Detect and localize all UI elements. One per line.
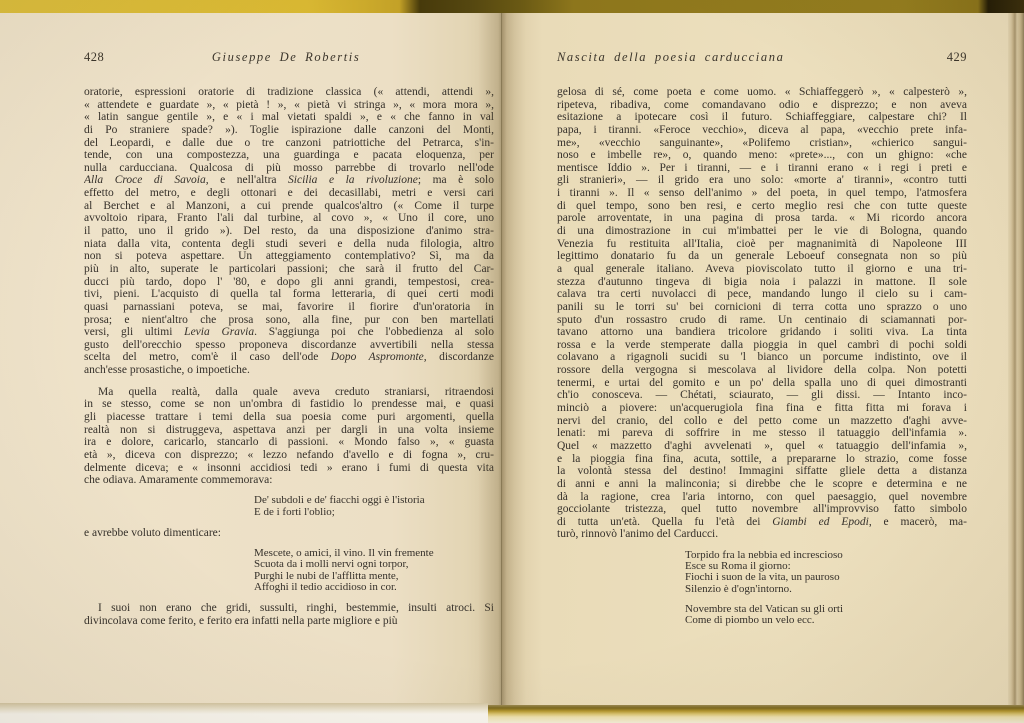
text-run: ripeteva, ribadiva, come comandavano odi… — [557, 99, 967, 111]
text-run: Venezia fu restituita all'Italia, cioè p… — [557, 238, 967, 250]
text-line: papa, i tiranni. «Feroce vecchio», dicev… — [557, 124, 967, 137]
text-run: gusto dell'orecchio spesso proponeva dis… — [84, 339, 494, 351]
text-line: al Berchet e al Manzoni, a cui prende qu… — [84, 200, 494, 213]
text-line: che odiava. Amaramente commemorava: — [84, 474, 494, 487]
text-run: Esce su Roma il giorno: — [685, 560, 791, 572]
text-run: lenati: mi pareva di soffrire in me stes… — [557, 427, 967, 439]
text-run: Novembre sta del Vatican su gli orti — [685, 603, 843, 615]
text-run: che odiava. Amaramente commemorava: — [84, 474, 272, 486]
book-cover-bottom-edge — [488, 705, 1024, 723]
prose-paragraph: gelosa di sé, come poeta e come uomo. « … — [557, 86, 967, 541]
text-line: di tutta un'età. Quella fu l'età dei Gia… — [557, 516, 967, 529]
text-line: non si poteva aspettare. Un atteggiament… — [84, 250, 494, 263]
text-run: Scuota da i molli nervi ogni torpor, — [254, 558, 408, 570]
text-line: rossa e la verde stemperate dalla pioggi… — [557, 339, 967, 352]
text-run: del Leopardi, e dalle due o tre canzoni … — [84, 137, 494, 149]
text-run: oratorie, espressioni oratorie di tradiz… — [84, 86, 494, 98]
text-line: tivi, pieni. L'acquisto di quella tal fo… — [84, 288, 494, 301]
text-line: tende, con una compostezza, una guarding… — [84, 149, 494, 162]
text-run: tende, con una compostezza, una guarding… — [84, 149, 494, 161]
text-run: parole arroventate, in una pagina di pro… — [557, 212, 967, 224]
text-line: mentisce Iddio ». Per i tiranni, — e i t… — [557, 162, 967, 175]
book-photo: 428 Giuseppe De Robertis oratorie, espre… — [0, 0, 1024, 723]
text-run: turò, rinnovò l'animo del Carducci. — [557, 528, 718, 540]
text-line: anch'esse prosastiche, o impoetiche. — [84, 364, 494, 377]
text-run: tavano attorno una bandiera tricolore gr… — [557, 326, 967, 338]
text-line: quasi parnassiani poteva, se mai, favori… — [84, 301, 494, 314]
text-run: ducci più tardo, dopo l' '80, e dopo gli… — [84, 276, 494, 288]
page-left: 428 Giuseppe De Robertis oratorie, espre… — [0, 13, 502, 707]
text-line: divincolava come ferito, e ferito era in… — [84, 615, 494, 628]
text-line: nervi del cranio, del collo e del petto … — [557, 415, 967, 428]
text-run: di tutta un'età. Quella fu l'età dei — [557, 516, 772, 528]
text-run: legittimo donatario fu da un generale Le… — [557, 250, 967, 262]
text-line: panili su le torri su' bei cornicioni di… — [557, 301, 967, 314]
text-line: niata dalla vita, contenta degli studi s… — [84, 238, 494, 251]
text-run: rossa e la verde stemperate dalla pioggi… — [557, 339, 967, 351]
text-run: scelta del metro, com'è il caso dell'ode — [84, 351, 331, 363]
text-line: ira e dolore, caricarlo, stancarlo di pa… — [84, 436, 494, 449]
text-line: e la pioggia fina fina, acuta, sottile, … — [557, 453, 967, 466]
page-body-right: gelosa di sé, come poeta e come uomo. « … — [557, 86, 967, 627]
text-run: De' subdoli e de' fiacchi oggi è l'istor… — [254, 494, 425, 506]
text-line: di Po straniere spade? »). Toglie ispira… — [84, 124, 494, 137]
verse-line: Silenzio è d'ogn'intorno. — [685, 584, 967, 595]
text-run: I suoi non erano che gridi, sussulti, ri… — [98, 602, 494, 614]
text-run: Torpido fra la nebbia ed increscioso — [685, 549, 843, 561]
book-cover-top-edge — [0, 0, 1024, 13]
text-line: gelosa di sé, come poeta e come uomo. « … — [557, 86, 967, 99]
prose-paragraph: I suoi non erano che gridi, sussulti, ri… — [84, 602, 494, 627]
page-left-content: 428 Giuseppe De Robertis oratorie, espre… — [0, 13, 494, 628]
text-run: sputo d'un rossastro crudo di rame. Un c… — [557, 314, 967, 326]
italic-text-run: Giambi ed Epodi — [772, 516, 869, 528]
text-run: la volontà stessa del destino! Immagini … — [557, 465, 967, 477]
text-line: prosa; e nient'altro che prosa sono, all… — [84, 314, 494, 327]
text-run: i tiranni ». Il « senso dell'animo » del… — [557, 187, 967, 199]
verse-line: Come di piombo un velo ecc. — [685, 615, 967, 626]
page-right-content: Nascita della poesia carducciana 429 gel… — [502, 13, 967, 627]
text-line: ch'io conosceva. — Chétati, sciaurato, —… — [557, 389, 967, 402]
text-line: noso e imbelle re», o, quando meno: «pre… — [557, 149, 967, 162]
text-run: Mescete, o amici, il vino. Il vin fremen… — [254, 547, 434, 559]
text-line: ripeteva, ribadiva, come comandavano odi… — [557, 99, 967, 112]
text-line: legittimo donatario fu da un generale Le… — [557, 250, 967, 263]
text-run: papa, i tiranni. «Feroce vecchio», dicev… — [557, 124, 967, 136]
text-line: I suoi non erano che gridi, sussulti, ri… — [84, 602, 494, 615]
text-line: tenermi, e urtai del gomito e un po' del… — [557, 377, 967, 390]
text-run: ira e dolore, caricarlo, stancarlo di pa… — [84, 436, 494, 448]
text-run: quasi parnassiani poteva, se mai, favori… — [84, 301, 494, 313]
verse-line: E de i forti l'oblio; — [254, 507, 494, 518]
prose-paragraph: e avrebbe voluto dimenticare: — [84, 527, 494, 540]
text-run: Quel « mazzetto d'aghi avvelenati », que… — [557, 440, 967, 452]
text-run: gelosa di sé, come poeta e come uomo. « … — [557, 86, 967, 98]
text-run: , e macerò, ma- — [869, 516, 967, 528]
page-left-header: 428 Giuseppe De Robertis — [84, 50, 494, 65]
text-run: « latin sangue gentile », e « i mal viet… — [84, 111, 494, 123]
text-run: panili su le torri su' bei cornicioni di… — [557, 301, 967, 313]
text-run: Come di piombo un velo ecc. — [685, 614, 815, 626]
text-line: rossore della vergogna si mescolava al l… — [557, 364, 967, 377]
page-edges-right — [1008, 13, 1024, 707]
text-run: Fiochi i suon de la vita, un pauroso — [685, 571, 840, 583]
text-run: effetto del metro, e degli ottonari e de… — [84, 187, 494, 199]
italic-text-run: Levia Gravia — [184, 326, 254, 338]
running-title-right: Nascita della poesia carducciana — [557, 50, 947, 65]
page-right: Nascita della poesia carducciana 429 gel… — [502, 13, 1008, 707]
text-run: calava tra certi nuvolacci di pece, mand… — [557, 288, 967, 300]
text-line: scelta del metro, com'è il caso dell'ode… — [84, 351, 494, 364]
text-line: me», «vecchio sanguinante», «Polifemo cr… — [557, 137, 967, 150]
text-run: esitazione a ipotecare così il futuro. S… — [557, 111, 967, 123]
text-run: età », diceva con disprezzo; « lezzo nef… — [84, 449, 494, 461]
text-run: tivi, pieni. L'acquisto di quella tal fo… — [84, 288, 494, 300]
text-run: in se stesso, come se non un'ombra di fa… — [84, 398, 494, 410]
text-line: e avrebbe voluto dimenticare: — [84, 527, 494, 540]
text-line: colavano a rigagnoli sucidi su 'l bianco… — [557, 351, 967, 364]
text-run: tenermi, e urtai del gomito e un po' del… — [557, 377, 967, 389]
text-run: ; ma è solo — [418, 174, 494, 186]
page-body-left: oratorie, espressioni oratorie di tradiz… — [84, 86, 494, 628]
text-run: divincolava come ferito, e ferito era in… — [84, 615, 398, 627]
text-run: e avrebbe voluto dimenticare: — [84, 527, 221, 539]
text-run: avvoltoio ripara, Franto l'ali dal turbi… — [84, 212, 494, 224]
text-line: di quel tempo, sono ben resi, e certo me… — [557, 200, 967, 213]
text-line: Venezia fu restituita all'Italia, cioè p… — [557, 238, 967, 251]
text-run: più in alto, superate le particolari pas… — [84, 263, 494, 275]
text-run: rossore della vergogna si mescolava al l… — [557, 364, 967, 376]
text-run: non si poteva aspettare. Un atteggiament… — [84, 250, 494, 262]
text-run: E de i forti l'oblio; — [254, 506, 335, 518]
italic-text-run: Alla Croce di Savoia, — [84, 174, 209, 186]
text-run: nervi del cranio, del collo e del petto … — [557, 415, 967, 427]
text-line: Alla Croce di Savoia, e nell'altra Sicil… — [84, 174, 494, 187]
page-number-left: 428 — [84, 50, 104, 65]
text-run: Silenzio è d'ogn'intorno. — [685, 583, 792, 595]
text-run: niata dalla vita, contenta degli studi s… — [84, 238, 494, 250]
text-line: turò, rinnovò l'animo del Carducci. — [557, 528, 967, 541]
text-line: delmente diceva; e « insonni accidiosi t… — [84, 462, 494, 475]
text-run: me», «vecchio sanguinante», «Polifemo cr… — [557, 137, 967, 149]
text-run: nulla carducciana. Qualcosa di più mosso… — [84, 162, 494, 174]
text-run: a qual generale italiano. Aveva piovisco… — [557, 263, 967, 275]
verse-block: De' subdoli e de' fiacchi oggi è l'istor… — [254, 495, 494, 518]
text-line: gli stranieri», — il grido era uno solo:… — [557, 174, 967, 187]
text-line: esitazione a ipotecare così il futuro. S… — [557, 111, 967, 124]
verse-block: Mescete, o amici, il vino. Il vin fremen… — [254, 548, 494, 594]
text-line: il patto, uno il grido »). Del resto, da… — [84, 225, 494, 238]
text-line: effetto del metro, e degli ottonari e de… — [84, 187, 494, 200]
text-line: nulla carducciana. Qualcosa di più mosso… — [84, 162, 494, 175]
text-run: « attendete e guardate », « pietà ! », «… — [84, 99, 494, 111]
text-run: minciò a piovere: un'acquerugiola fina f… — [557, 402, 967, 414]
text-run: colavano a rigagnoli sucidi su 'l bianco… — [557, 351, 967, 363]
text-run: dà la ragione, crea l'aria intorno, con … — [557, 491, 967, 503]
text-line: calava tra certi nuvolacci di pece, mand… — [557, 288, 967, 301]
text-line: « latin sangue gentile », e « i mal viet… — [84, 111, 494, 124]
prose-paragraph: Ma quella realtà, dalla quale aveva cred… — [84, 386, 494, 487]
text-line: i tiranni ». Il « senso dell'animo » del… — [557, 187, 967, 200]
text-run: discordanze — [427, 351, 494, 363]
text-run: gocciolante tristezza, quel tutto novemb… — [557, 503, 967, 515]
text-line: età », diceva con disprezzo; « lezzo nef… — [84, 449, 494, 462]
verse-block: Novembre sta del Vatican su gli ortiCome… — [685, 604, 967, 627]
verse-block: Torpido fra la nebbia ed incresciosoEsce… — [685, 550, 967, 596]
text-line: oratorie, espressioni oratorie di tradiz… — [84, 86, 494, 99]
text-run: di anni e anni la malinconia; si direbbe… — [557, 478, 967, 490]
text-line: parole arroventate, in una pagina di pro… — [557, 212, 967, 225]
text-run: anch'esse prosastiche, o impoetiche. — [84, 364, 250, 376]
text-run: al Berchet e al Manzoni, a cui prende qu… — [84, 200, 494, 212]
text-line: ducci più tardo, dopo l' '80, e dopo gli… — [84, 276, 494, 289]
text-run: gli piacesse trattare i temi della sua p… — [84, 411, 494, 423]
text-line: di anni e anni la malinconia; si direbbe… — [557, 478, 967, 491]
text-run: di quel tempo, sono ben resi, e certo me… — [557, 200, 967, 212]
text-line: a qual generale italiano. Aveva piovisco… — [557, 263, 967, 276]
text-run: noso e imbelle re», o, quando meno: «pre… — [557, 149, 967, 161]
text-line: Ma quella realtà, dalla quale aveva cred… — [84, 386, 494, 399]
text-line: « attendete e guardate », « pietà ! », «… — [84, 99, 494, 112]
running-title-left: Giuseppe De Robertis — [104, 50, 468, 65]
page-number-right: 429 — [947, 50, 967, 65]
text-line: gusto dell'orecchio spesso proponeva dis… — [84, 339, 494, 352]
text-run: . S'aggiunga poi che l'obbedienza al sol… — [254, 326, 494, 338]
text-run: e la pioggia fina fina, acuta, sottile, … — [557, 453, 967, 465]
text-line: tavano attorno una bandiera tricolore gr… — [557, 326, 967, 339]
text-run: il patto, uno il grido »). Del resto, da… — [84, 225, 494, 237]
text-run: versi, gli ultimi — [84, 326, 184, 338]
text-line: gocciolante tristezza, quel tutto novemb… — [557, 503, 967, 516]
table-surface-bottom-left — [0, 703, 488, 723]
verse-line: Affoghi il tedio accidioso in cor. — [254, 582, 494, 593]
text-run: di una dimostrazione in cui m'imbattei p… — [557, 225, 967, 237]
text-run: realtà non si distruggeva, aspettava anz… — [84, 424, 494, 436]
text-line: dà la ragione, crea l'aria intorno, con … — [557, 491, 967, 504]
text-line: lenati: mi pareva di soffrire in me stes… — [557, 427, 967, 440]
text-line: minciò a piovere: un'acquerugiola fina f… — [557, 402, 967, 415]
text-line: stezza d'autunno tingeva di bigia noia i… — [557, 276, 967, 289]
text-run: e nell'altra — [209, 174, 288, 186]
italic-text-run: Sicilia e la rivoluzione — [288, 174, 418, 186]
text-run: Affoghi il tedio accidioso in cor. — [254, 581, 397, 593]
text-line: avvoltoio ripara, Franto l'ali dal turbi… — [84, 212, 494, 225]
prose-paragraph: oratorie, espressioni oratorie di tradiz… — [84, 86, 494, 377]
text-run: stezza d'autunno tingeva di bigia noia i… — [557, 276, 967, 288]
text-line: sputo d'un rossastro crudo di rame. Un c… — [557, 314, 967, 327]
text-line: in se stesso, come se non un'ombra di fa… — [84, 398, 494, 411]
text-line: Quel « mazzetto d'aghi avvelenati », que… — [557, 440, 967, 453]
text-run: ch'io conosceva. — Chétati, sciaurato, —… — [557, 389, 967, 401]
text-line: più in alto, superate le particolari pas… — [84, 263, 494, 276]
text-line: realtà non si distruggeva, aspettava anz… — [84, 424, 494, 437]
text-run: gli stranieri», — il grido era uno solo:… — [557, 174, 967, 186]
text-run: Purghi le nubi de l'afflitta mente, — [254, 570, 399, 582]
text-run: delmente diceva; e « insonni accidiosi t… — [84, 462, 494, 474]
text-line: del Leopardi, e dalle due o tre canzoni … — [84, 137, 494, 150]
text-line: di una dimostrazione in cui m'imbattei p… — [557, 225, 967, 238]
text-line: gli piacesse trattare i temi della sua p… — [84, 411, 494, 424]
text-line: la volontà stessa del destino! Immagini … — [557, 465, 967, 478]
text-run: mentisce Iddio ». Per i tiranni, — e i t… — [557, 162, 967, 174]
page-right-header: Nascita della poesia carducciana 429 — [557, 50, 967, 65]
italic-text-run: Dopo Aspromonte, — [331, 351, 427, 363]
text-line: versi, gli ultimi Levia Gravia. S'aggiun… — [84, 326, 494, 339]
text-run: prosa; e nient'altro che prosa sono, all… — [84, 314, 494, 326]
text-run: di Po straniere spade? »). Toglie ispira… — [84, 124, 494, 136]
text-run: Ma quella realtà, dalla quale aveva cred… — [98, 386, 494, 398]
